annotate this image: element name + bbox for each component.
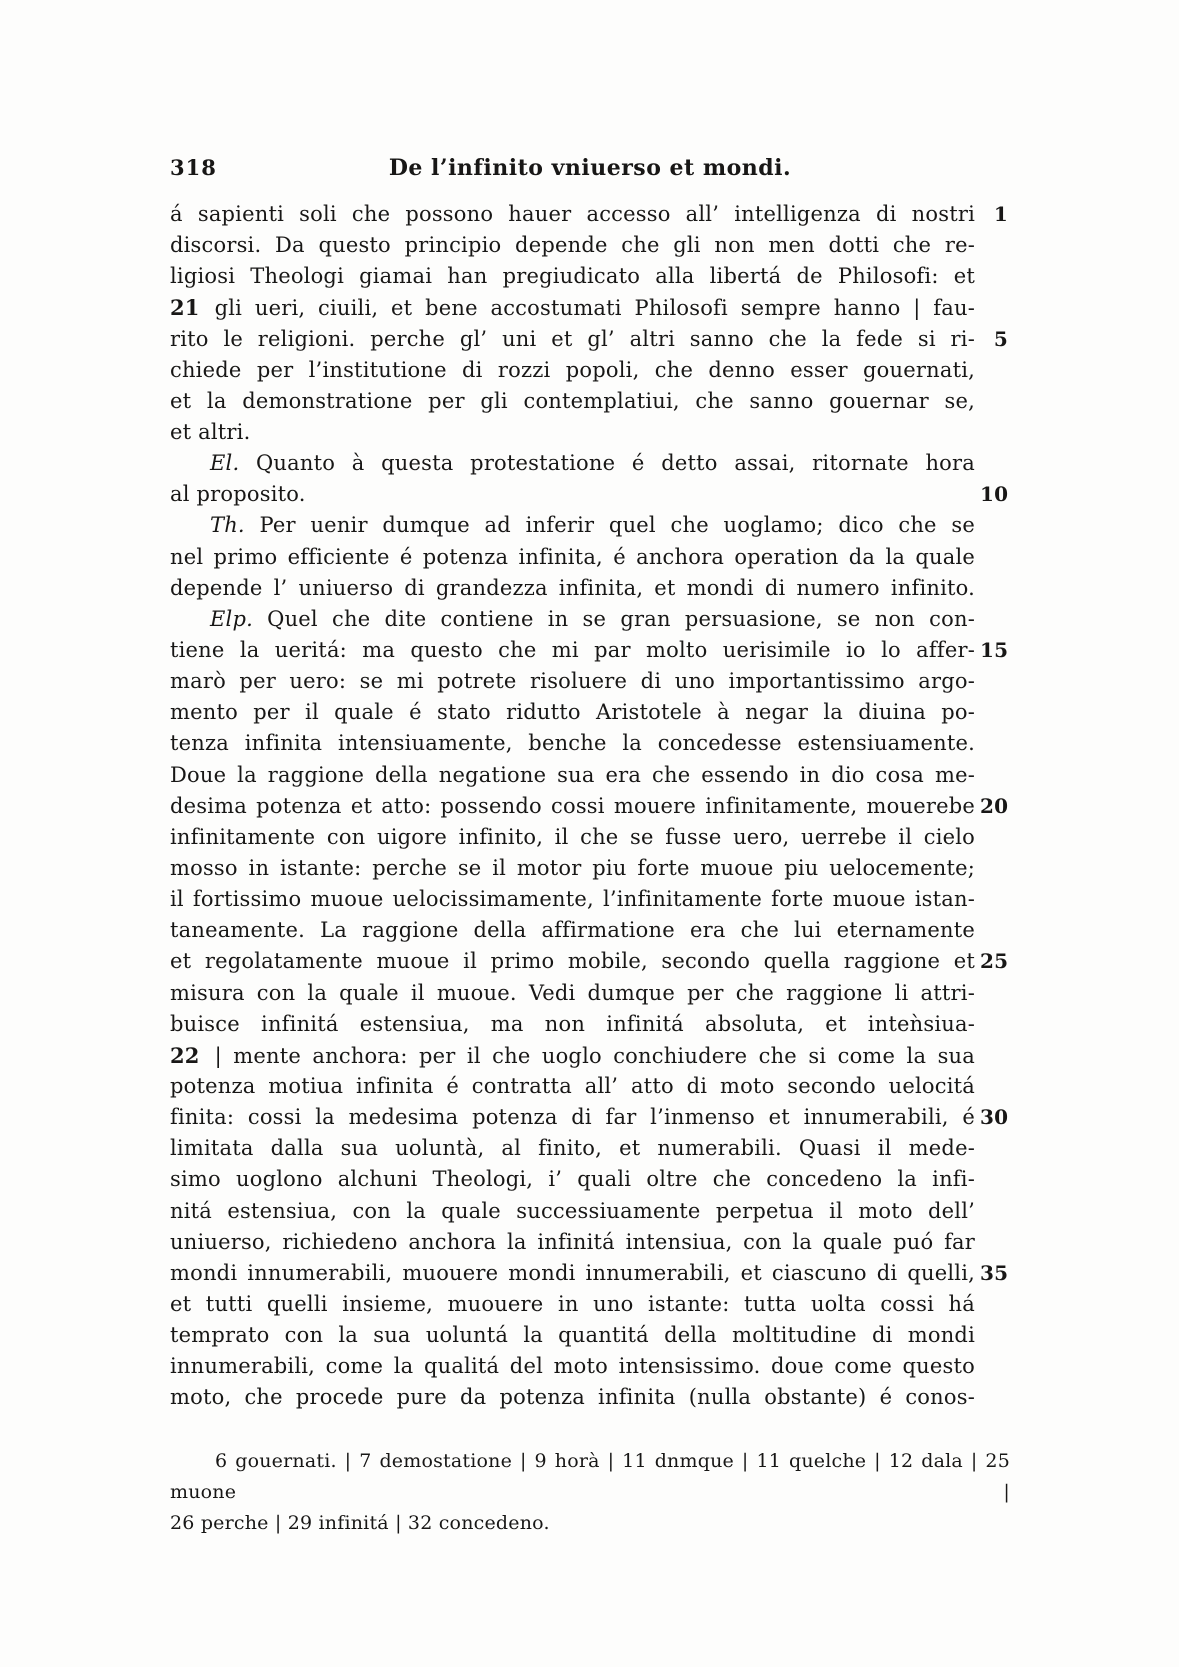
line-text: | mente anchora: per il che uoglo conchi… <box>215 1044 975 1068</box>
margin-line-number: 1 <box>980 199 1008 230</box>
line-text: uniuerso, richiedeno anchora la infinitá… <box>170 1230 975 1254</box>
line-text: moto, che procede pure da potenza infini… <box>170 1385 975 1409</box>
line-text: buisce infinitá estensiua, ma non infini… <box>170 1012 975 1036</box>
line-text: rito le religioni. perche gl’ uni et gl’… <box>170 327 975 351</box>
line-text: et la demonstratione per gli contemplati… <box>170 389 975 413</box>
text-line: potenza motiua infinita é contratta all’… <box>170 1071 975 1102</box>
line-text: á sapienti soli che possono hauer access… <box>170 202 975 226</box>
text-line: discorsi. Da questo principio depende ch… <box>170 230 975 261</box>
text-line: marò per uero: se mi potrete risoluere d… <box>170 666 975 697</box>
margin-line-number: 30 <box>980 1102 1008 1133</box>
text-line: et regolatamente muoue il primo mobile, … <box>170 946 975 977</box>
text-line: 22| mente anchora: per il che uoglo conc… <box>170 1040 975 1071</box>
line-text: discorsi. Da questo principio depende ch… <box>170 233 975 257</box>
text-line: misura con la quale il muoue. Vedi dumqu… <box>170 978 975 1009</box>
text-line: al proposito.10 <box>170 479 975 510</box>
text-line: depende l’ uniuerso di grandezza infinit… <box>170 573 975 604</box>
text-line: 21gli ueri, ciuili, et bene accostumati … <box>170 292 975 323</box>
line-text: il fortissimo muoue uelocissimamente, l’… <box>170 887 975 911</box>
text-line: finita: cossi la medesima potenza di far… <box>170 1102 975 1133</box>
left-margin-number: 21 <box>170 295 215 320</box>
critical-apparatus-footnote: 6 gouernati. | 7 demostatione | 9 horà |… <box>170 1446 1010 1539</box>
line-text: misura con la quale il muoue. Vedi dumqu… <box>170 981 975 1005</box>
text-line: simo uoglono alchuni Theologi, i’ quali … <box>170 1164 975 1195</box>
text-line: á sapienti soli che possono hauer access… <box>170 199 975 230</box>
text-line: nitá estensiua, con la quale successiuam… <box>170 1196 975 1227</box>
text-line: ligiosi Theologi giamai han pregiudicato… <box>170 261 975 292</box>
text-line: temprato con la sua uoluntá la quantitá … <box>170 1320 975 1351</box>
margin-line-number: 25 <box>980 946 1008 977</box>
line-text: chiede per l’institutione di rozzi popol… <box>170 358 975 382</box>
line-text: simo uoglono alchuni Theologi, i’ quali … <box>170 1167 975 1191</box>
page-body-text: á sapienti soli che possono hauer access… <box>170 199 975 1413</box>
text-line: tenza infinita intensiuamente, benche la… <box>170 728 975 759</box>
line-text: finita: cossi la medesima potenza di far… <box>170 1105 975 1129</box>
text-line: Th. Per uenir dumque ad inferir quel che… <box>170 510 975 541</box>
text-line: il fortissimo muoue uelocissimamente, l’… <box>170 884 975 915</box>
line-text: taneamente. La raggione della affirmatio… <box>170 918 975 942</box>
running-title: De l’infinito vniuerso et mondi. <box>170 155 1010 181</box>
line-text: et altri. <box>170 420 250 444</box>
text-line: buisce infinitá estensiua, ma non infini… <box>170 1009 975 1040</box>
margin-line-number: 35 <box>980 1258 1008 1289</box>
line-text: Quel che dite contiene in se gran persua… <box>267 607 975 631</box>
line-text: et regolatamente muoue il primo mobile, … <box>170 949 975 973</box>
line-text: ligiosi Theologi giamai han pregiudicato… <box>170 264 975 288</box>
text-line: infinitamente con uigore infinito, il ch… <box>170 822 975 853</box>
text-line: et tutti quelli insieme, muouere in uno … <box>170 1289 975 1320</box>
margin-line-number: 10 <box>980 479 1008 510</box>
line-text: mento per il quale é stato ridutto Arist… <box>170 700 975 724</box>
line-text: innumerabili, come la qualitá del moto i… <box>170 1354 975 1378</box>
running-head: 318 De l’infinito vniuerso et mondi. <box>170 155 1010 185</box>
line-text: nel primo efficiente é potenza infinita,… <box>170 545 975 569</box>
text-line: innumerabili, come la qualitá del moto i… <box>170 1351 975 1382</box>
text-line: et altri. <box>170 417 975 448</box>
line-text: tiene la ueritá: ma questo che mi par mo… <box>170 638 975 662</box>
line-text: al proposito. <box>170 482 306 506</box>
line-text: Per uenir dumque ad inferir quel che uog… <box>260 513 975 537</box>
line-text: temprato con la sua uoluntá la quantitá … <box>170 1323 975 1347</box>
line-text: marò per uero: se mi potrete risoluere d… <box>170 669 975 693</box>
line-text: gli ueri, ciuili, et bene accostumati Ph… <box>215 296 975 320</box>
line-text: tenza infinita intensiuamente, benche la… <box>170 731 975 755</box>
text-line: uniuerso, richiedeno anchora la infinitá… <box>170 1227 975 1258</box>
line-text: et tutti quelli insieme, muouere in uno … <box>170 1292 975 1316</box>
page-number: 318 <box>170 155 217 180</box>
line-text: mondi innumerabili, muouere mondi innume… <box>170 1261 975 1285</box>
text-line: et la demonstratione per gli contemplati… <box>170 386 975 417</box>
text-line: Elp. Quel che dite contiene in se gran p… <box>170 604 975 635</box>
text-line: desima potenza et atto: possendo cossi m… <box>170 791 975 822</box>
text-line: tiene la ueritá: ma questo che mi par mo… <box>170 635 975 666</box>
text-line: mento per il quale é stato ridutto Arist… <box>170 697 975 728</box>
line-text: nitá estensiua, con la quale successiuam… <box>170 1199 975 1223</box>
text-line: limitata dalla sua uoluntà, al finito, e… <box>170 1133 975 1164</box>
text-line: mondi innumerabili, muouere mondi innume… <box>170 1258 975 1289</box>
line-text: Quanto à questa protestatione é detto as… <box>256 451 975 475</box>
footnote-line: 26 perche | 29 infinitá | 32 concedeno. <box>170 1508 1010 1539</box>
margin-line-number: 15 <box>980 635 1008 666</box>
line-text: potenza motiua infinita é contratta all’… <box>170 1074 975 1098</box>
text-line: nel primo efficiente é potenza infinita,… <box>170 542 975 573</box>
line-text: Doue la raggione della negatione sua era… <box>170 763 975 787</box>
speaker-label: Th. <box>210 513 245 537</box>
footnote-line: 6 gouernati. | 7 demostatione | 9 horà |… <box>170 1446 1010 1508</box>
text-line: moto, che procede pure da potenza infini… <box>170 1382 975 1413</box>
scanned-book-page: 318 De l’infinito vniuerso et mondi. á s… <box>0 0 1179 1667</box>
text-line: Doue la raggione della negatione sua era… <box>170 760 975 791</box>
margin-line-number: 5 <box>980 324 1008 355</box>
line-text: infinitamente con uigore infinito, il ch… <box>170 825 975 849</box>
line-text: limitata dalla sua uoluntà, al finito, e… <box>170 1136 975 1160</box>
line-text: desima potenza et atto: possendo cossi m… <box>170 794 975 818</box>
line-text: depende l’ uniuerso di grandezza infinit… <box>170 576 975 600</box>
speaker-label: Elp. <box>210 607 253 631</box>
text-line: rito le religioni. perche gl’ uni et gl’… <box>170 324 975 355</box>
line-text: mosso in istante: perche se il motor piu… <box>170 856 975 880</box>
text-line: mosso in istante: perche se il motor piu… <box>170 853 975 884</box>
left-margin-number: 22 <box>170 1043 215 1068</box>
text-line: chiede per l’institutione di rozzi popol… <box>170 355 975 386</box>
speaker-label: El. <box>210 451 239 475</box>
margin-line-number: 20 <box>980 791 1008 822</box>
text-line: El. Quanto à questa protestatione é dett… <box>170 448 975 479</box>
text-line: taneamente. La raggione della affirmatio… <box>170 915 975 946</box>
